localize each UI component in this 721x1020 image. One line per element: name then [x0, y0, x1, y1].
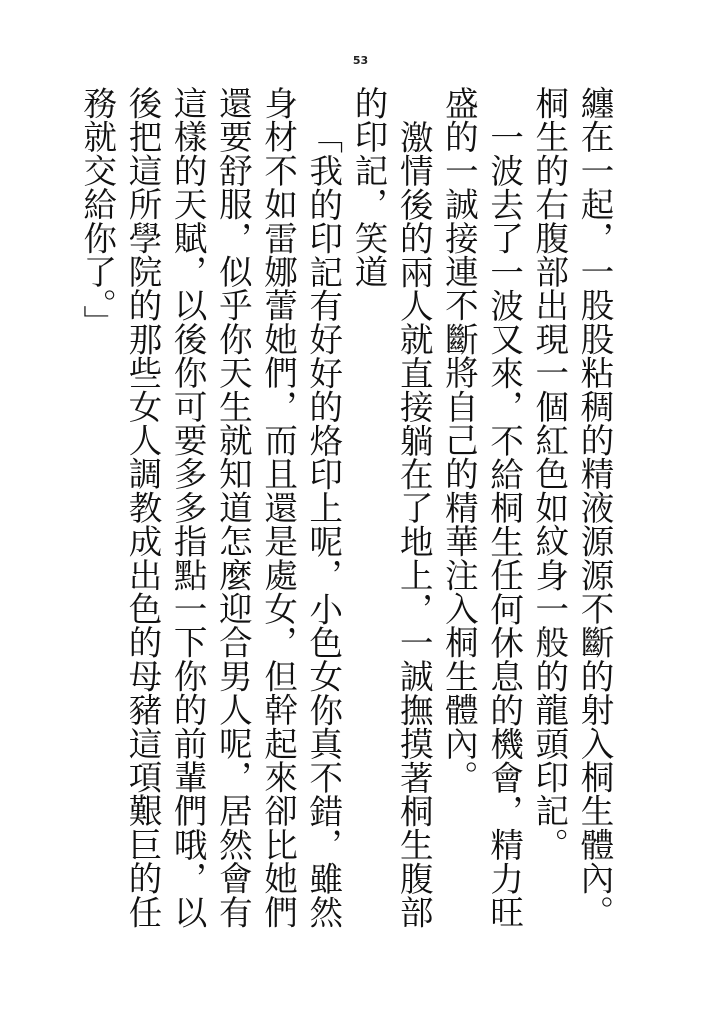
paragraph: 一波去了一波又來，不給桐生任何休息的機會，精力旺盛的一誠接連不斷將自己的精華注入…: [436, 86, 526, 956]
page-number: 53: [0, 54, 721, 67]
paragraph: 纏在一起，一股股粘稠的精液源源不斷的射入桐生體內。桐生的右腹部出現一個紅色如紋身…: [527, 86, 617, 956]
paragraph: 激情後的兩人就直接躺在了地上，一誠撫摸著桐生腹部的印記，笑道: [346, 86, 436, 956]
vertical-text-body: 纏在一起，一股股粘稠的精液源源不斷的射入桐生體內。桐生的右腹部出現一個紅色如紋身…: [75, 86, 617, 956]
paragraph-dialogue: 「我的印記有好好的烙印上呢，小色女你真不錯，雖然身材不如雷娜蕾她們，而且還是處女…: [75, 86, 346, 956]
